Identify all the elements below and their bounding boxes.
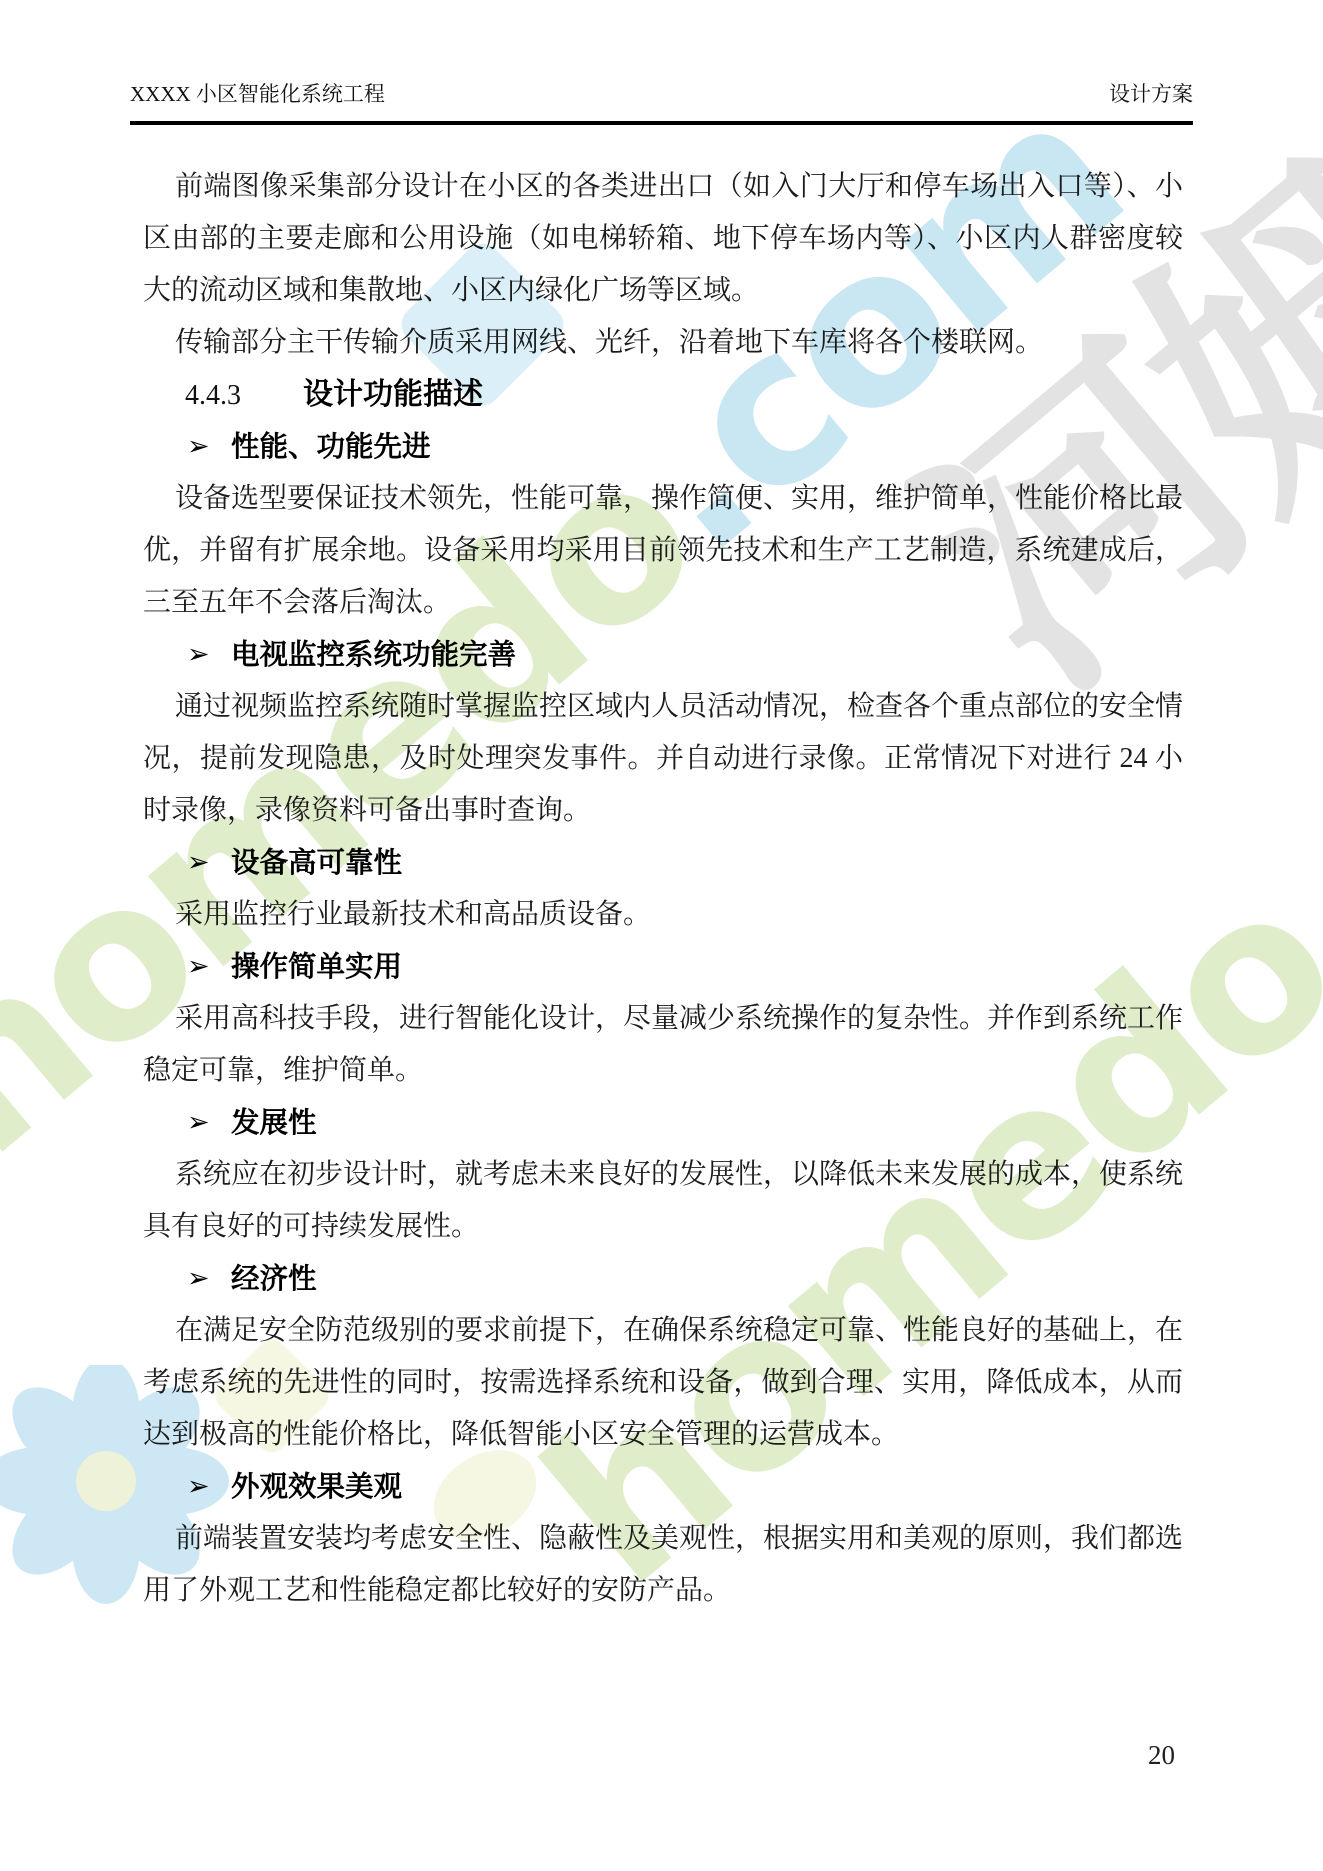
bullet-label: 操作简单实用 [231,941,402,993]
page-number: 20 [1148,1740,1175,1771]
paragraph: 在满足安全防范级别的要求前提下，在确保系统稳定可靠、性能良好的基础上，在考虑系统… [143,1305,1183,1461]
paragraph: 采用高科技手段，进行智能化设计，尽量减少系统操作的复杂性。并作到系统工作稳定可靠… [143,993,1183,1097]
bullet-label: 发展性 [231,1097,317,1149]
bullet-label: 性能、功能先进 [231,421,431,473]
watermark-dotcom-text: .com [1217,480,1323,1030]
bullet-item: ➢发展性 [187,1097,1183,1149]
document-content: 前端图像采集部分设计在小区的各类进出口（如入门大厅和停车场出入口等）、小区由部的… [143,161,1183,1617]
bullet-item: ➢设备高可靠性 [187,837,1183,889]
paragraph: 传输部分主干传输介质采用网线、光纤，沿着地下车库将各个楼联网。 [143,317,1183,369]
bullet-arrow-icon: ➢ [187,941,217,993]
paragraph: 前端装置安装均考虑安全性、隐蔽性及美观性，根据实用和美观的原则，我们都选用了外观… [143,1513,1183,1617]
bullet-arrow-icon: ➢ [187,421,217,473]
paragraph: 系统应在初步设计时，就考虑未来良好的发展性，以降低未来发展的成本，使系统具有良好… [143,1149,1183,1253]
header-project-title: XXXX 小区智能化系统工程 [130,78,385,108]
section-heading: 4.4.3设计功能描述 [185,369,1183,421]
bullet-label: 电视监控系统功能完善 [231,629,516,681]
paragraph: 采用监控行业最新技术和高品质设备。 [143,889,1183,941]
bullet-arrow-icon: ➢ [187,1461,217,1513]
bullet-arrow-icon: ➢ [187,1097,217,1149]
paragraph: 通过视频监控系统随时掌握监控区域内人员活动情况，检查各个重点部位的安全情况，提前… [143,681,1183,837]
page-header: XXXX 小区智能化系统工程 设计方案 [130,78,1193,125]
bullet-label: 设备高可靠性 [231,837,402,889]
section-number: 4.4.3 [185,380,241,411]
document-page: homedo.com homedo.com 河姆渡 XXXX 小区智能化系统工程… [0,0,1323,1871]
bullet-arrow-icon: ➢ [187,837,217,889]
bullet-label: 经济性 [231,1253,317,1305]
bullet-item: ➢外观效果美观 [187,1461,1183,1513]
header-doc-type: 设计方案 [1109,78,1193,108]
section-title: 设计功能描述 [303,378,483,411]
bullet-item: ➢性能、功能先进 [187,421,1183,473]
paragraph: 前端图像采集部分设计在小区的各类进出口（如入门大厅和停车场出入口等）、小区由部的… [143,161,1183,317]
bullet-item: ➢操作简单实用 [187,941,1183,993]
paragraph: 设备选型要保证技术领先，性能可靠，操作简便、实用，维护简单，性能价格比最优，并留… [143,473,1183,629]
bullet-item: ➢经济性 [187,1253,1183,1305]
bullet-item: ➢电视监控系统功能完善 [187,629,1183,681]
bullet-arrow-icon: ➢ [187,1253,217,1305]
bullet-arrow-icon: ➢ [187,629,217,681]
bullet-label: 外观效果美观 [231,1461,402,1513]
